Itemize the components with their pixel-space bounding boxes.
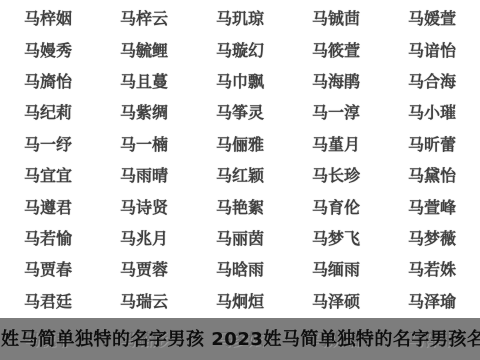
name-cell: 马筝灵	[192, 100, 288, 123]
name-row: 马一纾马一楠马俪雅马堇月马昕蕾	[0, 132, 480, 155]
name-cell: 马泽硕	[288, 289, 384, 312]
name-cell: 马毓鲤	[96, 38, 192, 61]
name-cell: 马璇幻	[192, 38, 288, 61]
name-row: 马若愉马兆月马丽茵马梦飞马梦薇	[0, 226, 480, 249]
name-cell: 马梦飞	[288, 226, 384, 249]
name-row: 马嫚秀马毓鲤马璇幻马筱萱马谙怡	[0, 38, 480, 61]
name-cell: 马媛萱	[384, 6, 480, 29]
name-cell: 马铖茴	[288, 6, 384, 29]
name-cell: 马一楠	[96, 132, 192, 155]
name-cell: 马合海	[384, 69, 480, 92]
name-cell: 马玑琼	[192, 6, 288, 29]
name-row: 马君廷马瑞云马炯烜马泽硕马泽瑜	[0, 289, 480, 312]
name-cell: 马昕蕾	[384, 132, 480, 155]
name-cell: 马兆月	[96, 226, 192, 249]
name-cell: 马纪莉	[0, 100, 96, 123]
name-cell: 马贾春	[0, 257, 96, 280]
name-cell: 马俪雅	[192, 132, 288, 155]
name-cell: 马谙怡	[384, 38, 480, 61]
name-cell: 马丽茵	[192, 226, 288, 249]
name-cell: 马君廷	[0, 289, 96, 312]
name-cell: 马小璀	[384, 100, 480, 123]
name-cell: 马晗雨	[192, 257, 288, 280]
page-screenshot: 马梓姻马梓云马玑琼马铖茴马媛萱马嫚秀马毓鲤马璇幻马筱萱马谙怡马旖怡马且蔓马巾飘马…	[0, 0, 480, 360]
name-cell: 马且蔓	[96, 69, 192, 92]
name-cell: 马黛怡	[384, 163, 480, 186]
name-cell: 马萱峰	[384, 195, 480, 218]
name-cell: 马梓云	[96, 6, 192, 29]
name-cell: 马若姝	[384, 257, 480, 280]
name-cell: 马遵君	[0, 195, 96, 218]
name-cell: 马诗贤	[96, 195, 192, 218]
name-cell: 马一淳	[288, 100, 384, 123]
name-cell: 马炯烜	[192, 289, 288, 312]
name-cell: 马旖怡	[0, 69, 96, 92]
name-row: 马旖怡马且蔓马巾飘马海鹃马合海	[0, 69, 480, 92]
name-cell: 马巾飘	[192, 69, 288, 92]
name-cell: 马筱萱	[288, 38, 384, 61]
name-row: 马纪莉马紫绸马筝灵马一淳马小璀	[0, 100, 480, 123]
name-cell: 马紫绸	[96, 100, 192, 123]
name-row: 马贾春马贾蓉马晗雨马缅雨马若姝	[0, 257, 480, 280]
name-cell: 马一纾	[0, 132, 96, 155]
name-row: 马遵君马诗贤马艳絮马育伦马萱峰	[0, 195, 480, 218]
name-cell: 马梓姻	[0, 6, 96, 29]
name-cell: 马嫚秀	[0, 38, 96, 61]
caption-band: 马悦菲马璐彤马多妶马姚晗马泽丰 姓马简单独特的名字男孩 2023姓马简单独特的名…	[0, 318, 480, 360]
name-cell: 马宜宜	[0, 163, 96, 186]
name-row: 马梓姻马梓云马玑琼马铖茴马媛萱	[0, 6, 480, 29]
name-cell: 马育伦	[288, 195, 384, 218]
name-cell: 马泽瑜	[384, 289, 480, 312]
name-cell: 马红颖	[192, 163, 288, 186]
name-row: 马宜宜马雨晴马红颖马长珍马黛怡	[0, 163, 480, 186]
name-cell: 马雨晴	[96, 163, 192, 186]
baby-names-grid: 马梓姻马梓云马玑琼马铖茴马媛萱马嫚秀马毓鲤马璇幻马筱萱马谙怡马旖怡马且蔓马巾飘马…	[0, 2, 480, 316]
name-cell: 马缅雨	[288, 257, 384, 280]
name-cell: 马梦薇	[384, 226, 480, 249]
name-cell: 马瑞云	[96, 289, 192, 312]
name-cell: 马艳絮	[192, 195, 288, 218]
page-title: 姓马简单独特的名字男孩 2023姓马简单独特的名字男孩名字	[1, 325, 480, 351]
name-cell: 马若愉	[0, 226, 96, 249]
name-cell: 马长珍	[288, 163, 384, 186]
name-cell: 马贾蓉	[96, 257, 192, 280]
name-cell: 马海鹃	[288, 69, 384, 92]
name-cell: 马堇月	[288, 132, 384, 155]
